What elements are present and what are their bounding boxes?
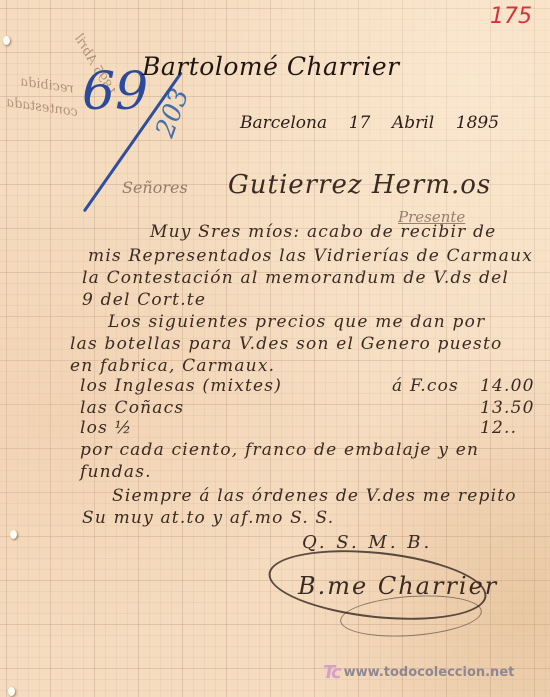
place-date: Barcelona 17 Abril 1895: [240, 113, 499, 133]
body-line: en fabrica, Carmaux.: [70, 356, 275, 376]
price-value: 12..: [480, 418, 517, 438]
blue-number-small: 203: [150, 85, 195, 142]
body-line: Muy Sres míos: acabo de recibir de: [150, 222, 496, 242]
terms-line: por cada ciento, franco de embalaje y en: [80, 440, 479, 460]
body-line: Los siguientes precios que me dan por: [108, 312, 485, 332]
body-line: la Contestación al memorandum de V.ds de…: [82, 268, 509, 288]
date-month: Abril: [392, 113, 434, 133]
letterhead-name: Bartolomé Charrier: [142, 52, 400, 81]
signature: B.me Charrier: [298, 572, 498, 600]
body-line: mis Representados las Vidrierías de Carm…: [88, 246, 533, 266]
watermark: Tc www.todocoleccion.net: [323, 662, 514, 683]
body-line: las botellas para V.des son el Genero pu…: [70, 334, 502, 354]
price-value: 14.00: [480, 376, 535, 396]
price-value: 13.50: [480, 398, 535, 418]
bleed-through-text: recibida: [19, 74, 74, 96]
terms-line: fundas.: [80, 462, 152, 482]
body-line: 9 del Cort.te: [82, 290, 206, 310]
archive-number: 175: [490, 4, 532, 29]
price-item-label: los Inglesas (mixtes): [80, 376, 282, 396]
date-day: 17: [349, 113, 371, 133]
punch-hole: [10, 530, 17, 539]
addressee-prefix: Señores: [122, 178, 188, 197]
bleed-through-text: contestada: [5, 95, 79, 120]
scanned-letter: recibida contestada 1895 Abril 175 69 20…: [0, 0, 550, 697]
closing-abbreviation: Q. S. M. B.: [302, 532, 432, 553]
watermark-url: www.todocoleccion.net: [344, 665, 515, 680]
closing-line: Su muy at.to y af.mo S. S.: [82, 508, 334, 528]
closing-line: Siempre á las órdenes de V.des me repito: [112, 486, 517, 506]
date-year: 1895: [456, 113, 499, 133]
watermark-logo: Tc: [323, 662, 340, 683]
place: Barcelona: [240, 113, 327, 133]
punch-hole: [3, 36, 10, 45]
price-item-label: las Coñacs: [80, 398, 184, 418]
price-item-label: los ½: [80, 418, 132, 438]
addressee-name: Gutierrez Herm.os: [228, 170, 491, 200]
price-currency: á F.cos: [392, 376, 459, 396]
blue-number-large: 69: [82, 62, 148, 122]
punch-hole: [8, 687, 15, 696]
